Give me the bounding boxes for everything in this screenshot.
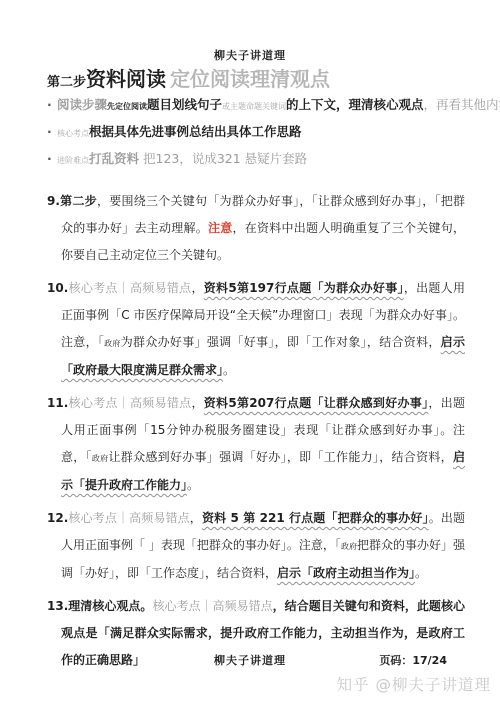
text-segment: 启示「政府主动担当作为」 — [277, 566, 415, 580]
text-segment: 为群众办好事」强调「好事」，即「工作对象」，结合资料， — [121, 335, 441, 349]
text-segment: 进阶难点 — [57, 156, 89, 165]
paragraph-number: 11. — [47, 396, 68, 410]
text-segment: 。 — [187, 478, 199, 492]
text-segment: 。 — [223, 363, 235, 377]
paragraph-list: 9.第二步，要围绕三个关键句「为群众办好事」，「让群众感到好办事」，「把群众的事… — [47, 188, 465, 680]
paragraph: 9.第二步，要围绕三个关键句「为群众办好事」，「让群众感到好办事」，「把群众的事… — [47, 188, 465, 269]
paragraph-number: 12. — [47, 511, 68, 525]
watermark: 知乎 @柳夫子讲道理 — [337, 673, 491, 695]
text-segment: ， — [191, 281, 203, 295]
text-segment: 的上下文，理清核心观点 — [286, 97, 424, 112]
text-segment: 核心考点｜高频易错点 — [152, 599, 272, 613]
text-segment: 政府 — [341, 542, 357, 551]
document-page: 柳夫子讲道理 第二步资料阅读定位阅读理清观点 阅读步骤先定位阅读题目划线句子或主… — [0, 0, 500, 708]
text-segment: 打乱资料 — [89, 151, 139, 166]
paragraph: 12.核心考点｜高频易错点，资料 5 第 221 行点题「把群众的事办好」。出题… — [47, 505, 465, 587]
text-segment: 核心考点｜高频易错点 — [68, 396, 191, 410]
text-segment: 核心考点｜高频易错点 — [68, 511, 190, 525]
text-segment: 理清核心观点。 — [68, 599, 152, 613]
text-segment: 把123，说成321 悬疑片套路 — [139, 151, 307, 166]
list-item: 进阶难点打乱资料 把123，说成321 悬疑片套路 — [47, 151, 470, 169]
text-segment: 阅读步骤 — [57, 97, 107, 112]
text-segment: ， — [190, 511, 202, 525]
list-item: 核心考点根据具体先进事例总结出具体工作思路 — [47, 124, 470, 142]
paragraph-number: 13. — [47, 599, 68, 613]
text-segment: ， — [191, 396, 203, 410]
page-number-label: 页码： — [379, 654, 412, 667]
paragraph-number: 9. — [47, 194, 60, 208]
page-title: 第二步资料阅读定位阅读理清观点 — [47, 63, 472, 92]
text-segment: 让群众感到好办事」强调「好办」，即「工作能力」，结合资料， — [108, 450, 453, 464]
text-segment: ，再看其他内容 — [424, 97, 500, 112]
text-segment: 资料5第207行点题「让群众感到好办事」 — [204, 396, 429, 410]
text-segment: 。 — [415, 566, 427, 580]
paragraph: 10.核心考点｜高频易错点，资料5第197行点题「为群众办好事」，出题人用正面事… — [47, 275, 465, 384]
title-step: 第二步 — [47, 75, 86, 90]
text-segment: 先定位阅读 — [107, 102, 147, 111]
title-main: 资料阅读 — [86, 67, 166, 91]
text-segment: 核心考点｜高频易错点 — [68, 281, 191, 295]
text-segment: 政府 — [92, 454, 109, 463]
text-segment: 政府 — [104, 339, 121, 348]
text-segment: 根据具体先进事例总结出具体工作思路 — [89, 124, 302, 139]
list-item: 阅读步骤先定位阅读题目划线句子或主题命题关键词的上下文，理清核心观点，再看其他内… — [47, 97, 470, 115]
text-segment: 注意 — [208, 221, 233, 235]
brand-header: 柳夫子讲道理 — [0, 47, 500, 63]
text-segment: 核心考点 — [57, 129, 89, 138]
paragraph: 11.核心考点｜高频易错点，资料5第207行点题「让群众感到好办事」，出题人用正… — [47, 390, 465, 499]
text-segment: 资料5第197行点题「为群众办好事」 — [204, 281, 404, 295]
text-segment: 题目划线句子 — [147, 97, 222, 112]
page-number: 页码：17/24 — [379, 652, 447, 668]
text-segment: 资料 5 第 221 行点题「把群众的事办好」 — [202, 511, 429, 525]
text-segment: 或主题命题关键词 — [222, 102, 286, 111]
bullet-list: 阅读步骤先定位阅读题目划线句子或主题命题关键词的上下文，理清核心观点，再看其他内… — [47, 97, 470, 178]
title-sub: 定位阅读理清观点 — [170, 67, 330, 91]
page-number-value: 17/24 — [412, 654, 447, 667]
paragraph-number: 10. — [47, 281, 68, 295]
text-segment: 第二步 — [60, 194, 97, 208]
